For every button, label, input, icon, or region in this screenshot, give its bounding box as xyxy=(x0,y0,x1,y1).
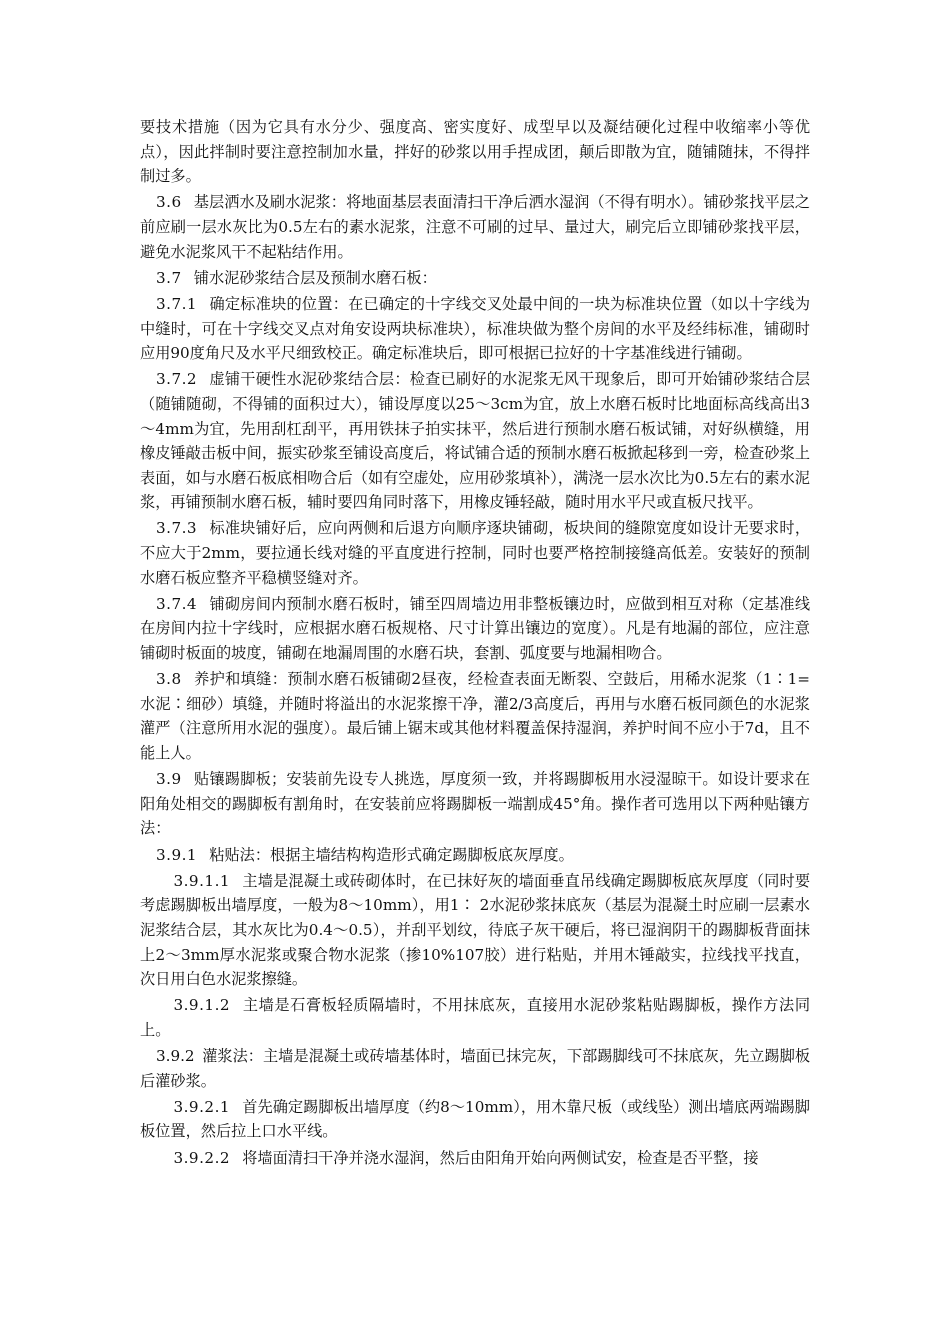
section-3-7-1: 3.7.1确定标准块的位置：在已确定的十字线交叉处最中间的一块为标准块位置（如以… xyxy=(140,292,810,366)
paragraph-text: 养护和填缝：预制水磨石板铺砌2昼夜，经检查表面无断裂、空鼓后，用稀水泥浆（1∶1… xyxy=(140,670,810,762)
section-number: 3.9.2.2 xyxy=(173,1149,230,1167)
section-number: 3.8 xyxy=(156,670,182,688)
section-number: 3.9.2.1 xyxy=(173,1098,230,1116)
section-3-9-1-1: 3.9.1.1主墙是混凝土或砖砌体时，在已抹好灰的墙面垂直吊线确定踢脚板底灰厚度… xyxy=(140,869,810,992)
section-number: 3.9.1 xyxy=(156,846,197,864)
paragraph-text: 将墙面清扫干净并浇水湿润，然后由阳角开始向两侧试安，检查是否平整，接 xyxy=(242,1149,758,1167)
paragraph-text: 铺水泥砂浆结合层及预制水磨石板： xyxy=(194,269,437,287)
paragraph-text: 铺砌房间内预制水磨石板时，铺至四周墙边用非整板镶边时，应做到相互对称（定基准线在… xyxy=(140,595,810,662)
paragraph-text: 标准块铺好后，应向两侧和后退方向顺序逐块铺砌，板块间的缝隙宽度如设计无要求时，不… xyxy=(140,519,810,586)
paragraph-text: 灌浆法：主墙是混凝土或砖墙基体时，墙面已抹完灰，下部踢脚线可不抹底灰，先立踢脚板… xyxy=(140,1047,810,1090)
paragraph-text: 贴镶踢脚板；安装前先设专人挑选，厚度须一致，并将踢脚板用水浸湿晾干。如设计要求在… xyxy=(140,770,810,837)
paragraph-text: 基层洒水及刷水泥浆：将地面基层表面清扫干净后洒水湿润（不得有明水）。铺砂浆找平层… xyxy=(140,193,810,260)
section-number: 3.6 xyxy=(156,193,182,211)
section-number: 3.7.4 xyxy=(156,595,197,613)
section-3-7-4: 3.7.4铺砌房间内预制水磨石板时，铺至四周墙边用非整板镶边时，应做到相互对称（… xyxy=(140,592,810,666)
section-3-7-2: 3.7.2虚铺干硬性水泥砂浆结合层：检查已刷好的水泥浆无风干现象后，即可开始铺砂… xyxy=(140,367,810,515)
document-page: 要技术措施（因为它具有水分少、强度高、密实度好、成型早以及凝结硬化过程中收缩率小… xyxy=(140,115,810,1172)
paragraph-text: 主墙是混凝土或砖砌体时，在已抹好灰的墙面垂直吊线确定踢脚板底灰厚度（同时要考虑踢… xyxy=(140,872,810,988)
section-3-9-1-2: 3.9.1.2主墙是石膏板轻质隔墙时，不用抹底灰，直接用水泥砂浆粘贴踢脚板，操作… xyxy=(140,993,810,1042)
section-number: 3.9.1.2 xyxy=(173,996,230,1014)
paragraph-text: 确定标准块的位置：在已确定的十字线交叉处最中间的一块为标准块位置（如以十字线为中… xyxy=(140,295,810,362)
section-3-8: 3.8养护和填缝：预制水磨石板铺砌2昼夜，经检查表面无断裂、空鼓后，用稀水泥浆（… xyxy=(140,667,810,765)
paragraph-text: 首先确定踢脚板出墙厚度（约8～10mm），用木靠尺板（或线坠）测出墙底两端踢脚板… xyxy=(140,1098,810,1141)
section-number: 3.9.2 xyxy=(156,1047,195,1065)
section-3-9-2-1: 3.9.2.1首先确定踢脚板出墙厚度（约8～10mm），用木靠尺板（或线坠）测出… xyxy=(140,1095,810,1144)
section-3-6: 3.6基层洒水及刷水泥浆：将地面基层表面清扫干净后洒水湿润（不得有明水）。铺砂浆… xyxy=(140,190,810,264)
paragraph-text: 要技术措施（因为它具有水分少、强度高、密实度好、成型早以及凝结硬化过程中收缩率小… xyxy=(140,118,810,185)
section-number: 3.7 xyxy=(156,269,182,287)
section-number: 3.7.2 xyxy=(156,370,197,388)
paragraph-text: 虚铺干硬性水泥砂浆结合层：检查已刷好的水泥浆无风干现象后，即可开始铺砂浆结合层（… xyxy=(140,370,810,511)
section-3-9-1: 3.9.1粘贴法：根据主墙结构构造形式确定踢脚板底灰厚度。 xyxy=(140,843,810,868)
section-number: 3.7.1 xyxy=(156,295,197,313)
paragraph-text: 主墙是石膏板轻质隔墙时，不用抹底灰，直接用水泥砂浆粘贴踢脚板，操作方法同上。 xyxy=(140,996,810,1039)
section-3-7-3: 3.7.3标准块铺好后，应向两侧和后退方向顺序逐块铺砌，板块间的缝隙宽度如设计无… xyxy=(140,516,810,590)
section-3-9-2-2: 3.9.2.2将墙面清扫干净并浇水湿润，然后由阳角开始向两侧试安，检查是否平整，… xyxy=(140,1146,810,1171)
section-3-9: 3.9贴镶踢脚板；安装前先设专人挑选，厚度须一致，并将踢脚板用水浸湿晾干。如设计… xyxy=(140,767,810,841)
section-3-7: 3.7铺水泥砂浆结合层及预制水磨石板： xyxy=(140,266,810,291)
section-3-9-2: 3.9.2灌浆法：主墙是混凝土或砖墙基体时，墙面已抹完灰，下部踢脚线可不抹底灰，… xyxy=(140,1044,810,1093)
section-number: 3.9 xyxy=(156,770,182,788)
paragraph-text: 粘贴法：根据主墙结构构造形式确定踢脚板底灰厚度。 xyxy=(209,846,574,864)
section-number: 3.7.3 xyxy=(156,519,197,537)
section-number: 3.9.1.1 xyxy=(173,872,230,890)
paragraph-continuation: 要技术措施（因为它具有水分少、强度高、密实度好、成型早以及凝结硬化过程中收缩率小… xyxy=(140,115,810,189)
